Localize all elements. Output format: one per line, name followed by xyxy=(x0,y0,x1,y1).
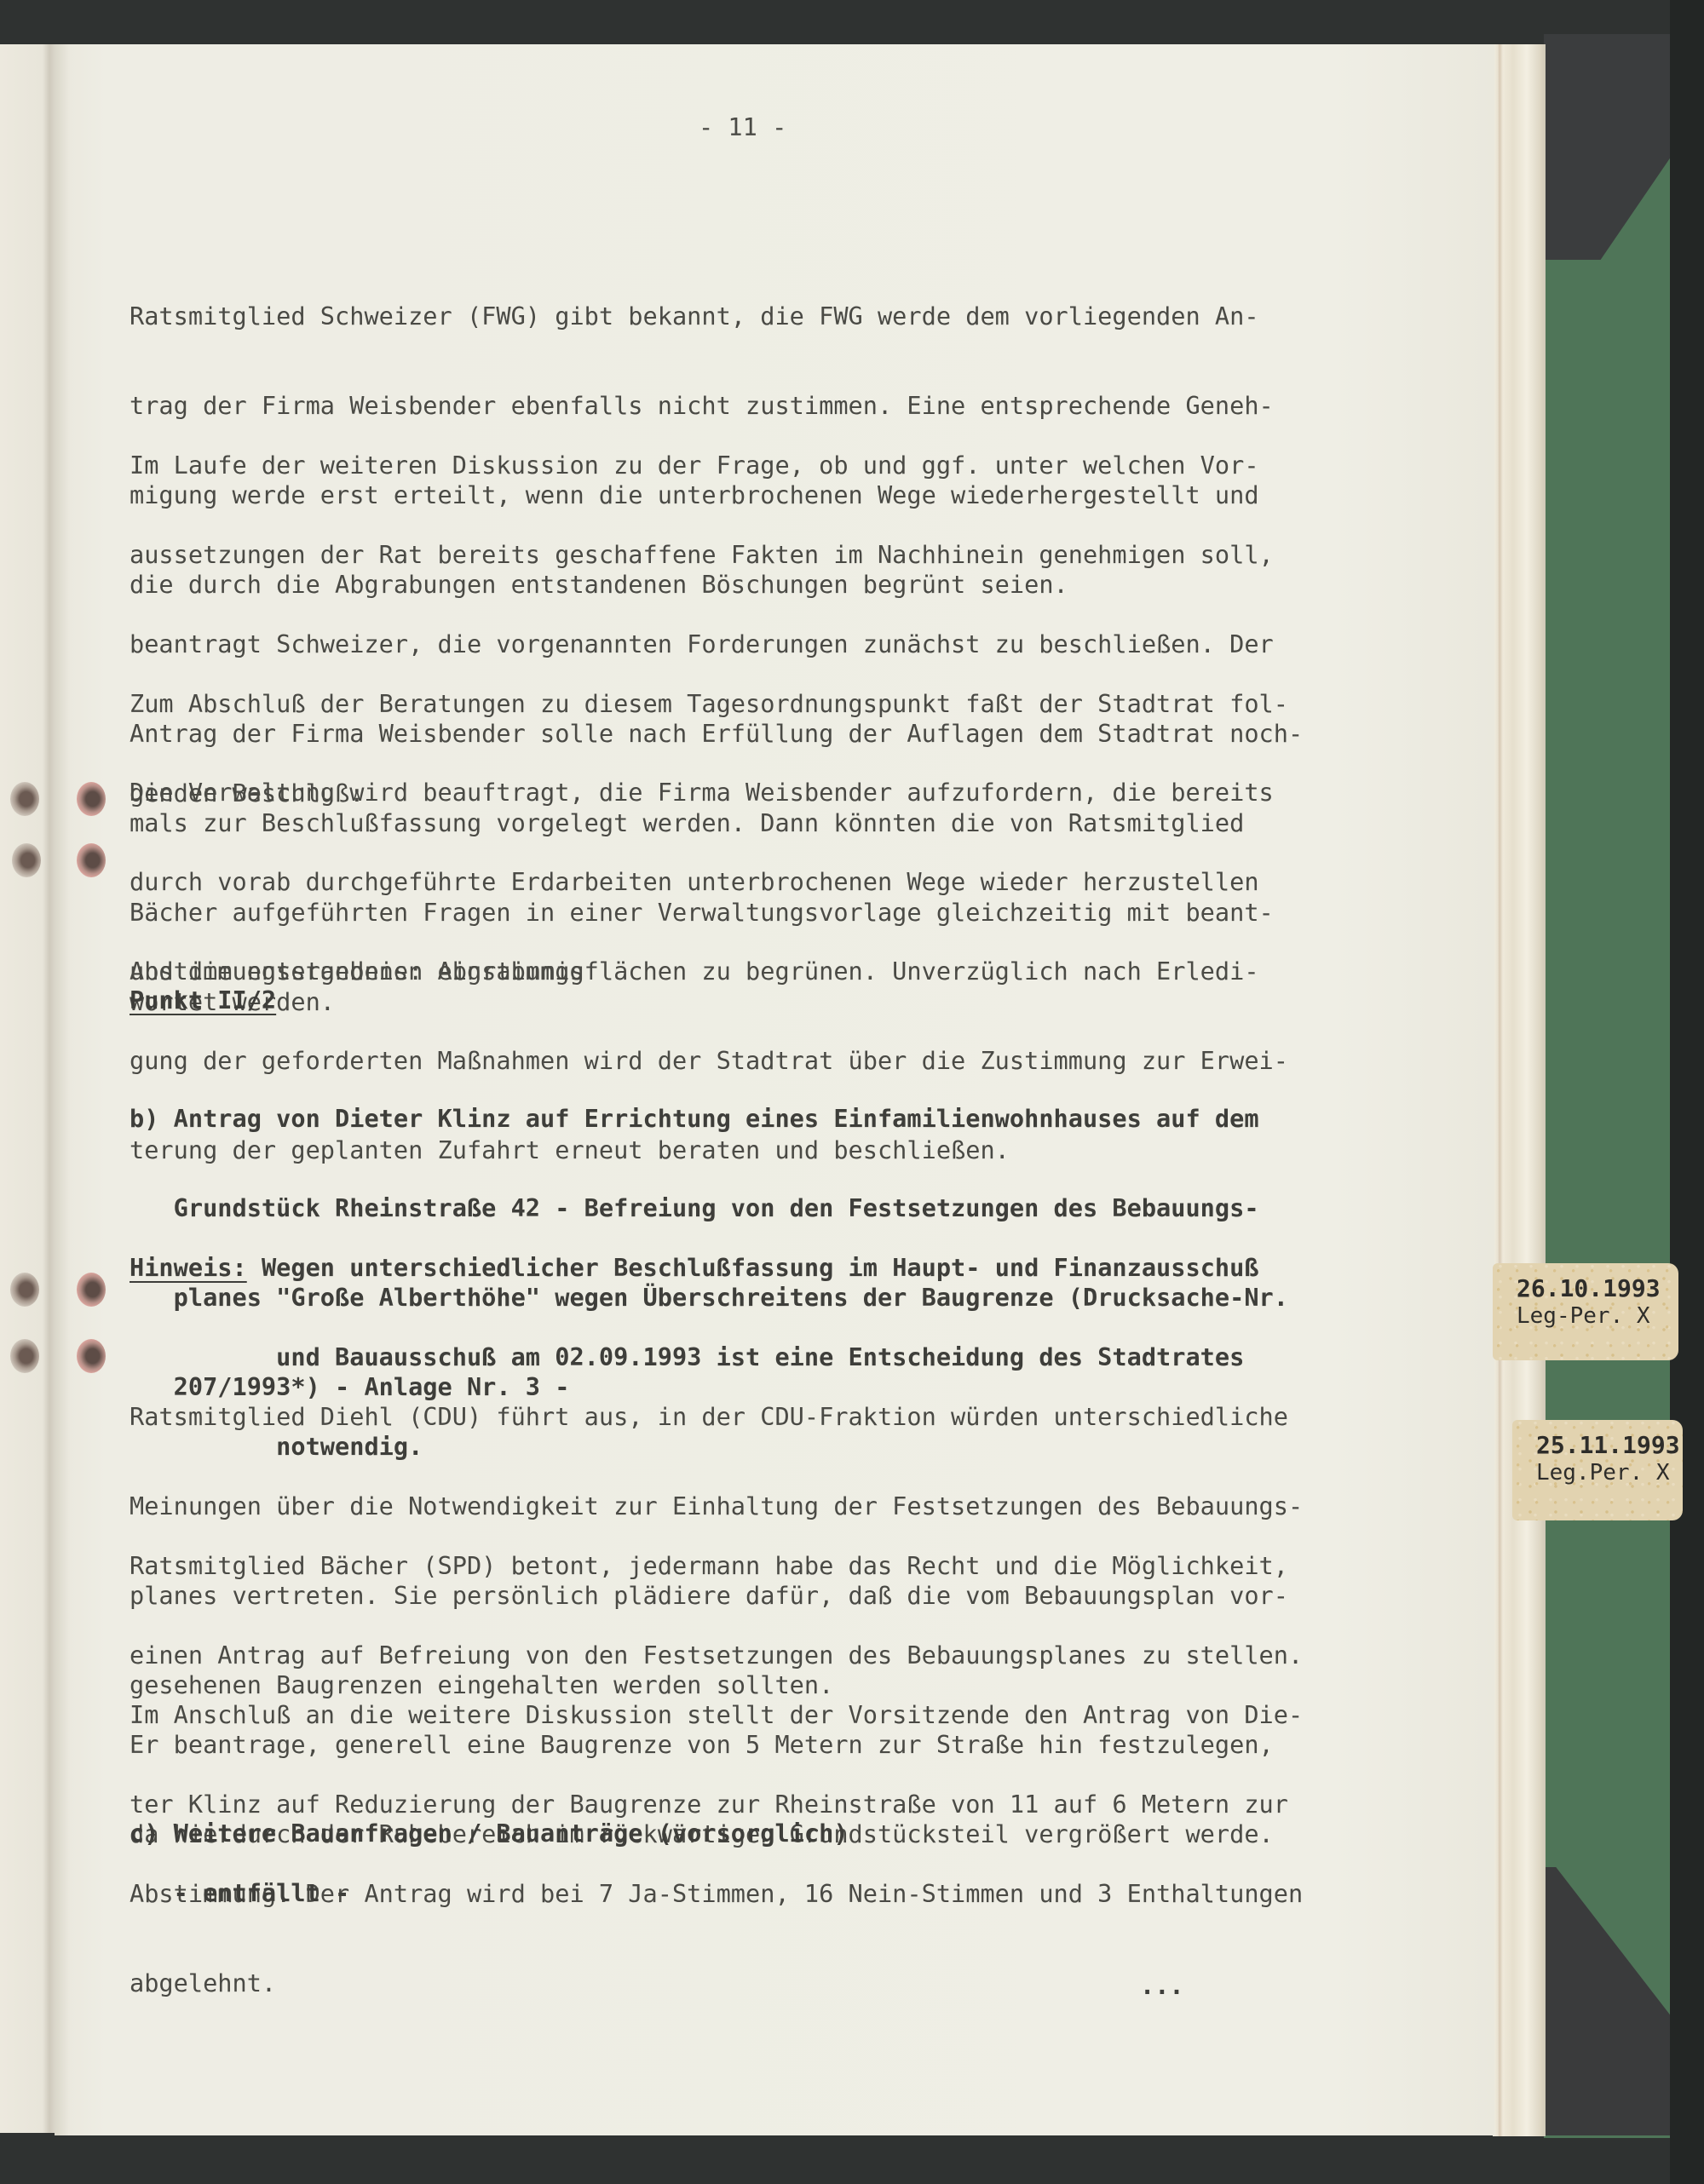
date-tab[interactable]: 26.10.1993 Leg-Per. X xyxy=(1493,1263,1678,1360)
punch-hole-icon xyxy=(12,843,41,877)
text-line: b) Antrag von Dieter Klinz auf Errichtun… xyxy=(130,1104,1288,1134)
binder-cover xyxy=(1544,34,1670,2138)
page-stack-edge xyxy=(1493,44,1546,2136)
binder-cover-edge xyxy=(1670,0,1704,2184)
text-line: Ratsmitglied Diehl (CDU) führt aus, in d… xyxy=(130,1402,1303,1432)
text-line: Hinweis: Wegen unterschiedlicher Beschlu… xyxy=(130,1253,1259,1283)
punch-hole-icon xyxy=(10,1339,39,1373)
tab-period: Leg.Per. X xyxy=(1536,1459,1683,1486)
text-line: aussetzungen der Rat bereits geschaffene… xyxy=(130,540,1303,570)
text-line: Die Verwaltung wird beauftragt, die Firm… xyxy=(130,778,1288,808)
left-facing-page xyxy=(0,44,55,2133)
tab-period: Leg-Per. X xyxy=(1517,1302,1678,1330)
page-number: - 11 - xyxy=(699,112,786,141)
date-tab[interactable]: 25.11.1993 Leg.Per. X xyxy=(1512,1420,1683,1520)
text-line: Ratsmitglied Schweizer (FWG) gibt bekann… xyxy=(130,302,1274,331)
hinweis-label: Hinweis: xyxy=(130,1253,247,1282)
text-line: Im Anschluß an die weitere Diskussion st… xyxy=(130,1700,1303,1730)
text-line: Ratsmitglied Bächer (SPD) betont, jederm… xyxy=(130,1551,1303,1581)
text-line: durch vorab durchgeführte Erdarbeiten un… xyxy=(130,867,1288,897)
hinweis-text: Wegen unterschiedlicher Beschlußfassung … xyxy=(247,1253,1259,1282)
punch-hole-icon xyxy=(77,1273,106,1307)
punch-hole-icon xyxy=(77,1339,106,1373)
punch-hole-icon xyxy=(10,1273,39,1307)
text-line: abgelehnt. xyxy=(130,1968,1303,1998)
tab-date: 26.10.1993 xyxy=(1517,1275,1678,1302)
section-heading: Punkt II/2 xyxy=(130,986,276,1015)
continuation-marker: ... xyxy=(1140,1971,1184,2001)
text-line: Im Laufe der weiteren Diskussion zu der … xyxy=(130,451,1303,480)
tab-date: 25.11.1993 xyxy=(1536,1432,1683,1459)
text-line: Abstimmungsergebnis: einstimmig xyxy=(130,957,584,986)
agenda-item-c: c) Weitere Bauanfragen / Bauanträge (vor… xyxy=(130,1819,849,1848)
agenda-item-c-status: - entfällt - xyxy=(130,1878,349,1908)
punch-hole-icon xyxy=(77,843,106,877)
text-line: Zum Abschluß der Beratungen zu diesem Ta… xyxy=(130,689,1288,719)
punch-hole-icon xyxy=(10,782,39,816)
punch-hole-icon xyxy=(77,782,106,816)
text-line: ter Klinz auf Reduzierung der Baugrenze … xyxy=(130,1790,1303,1819)
